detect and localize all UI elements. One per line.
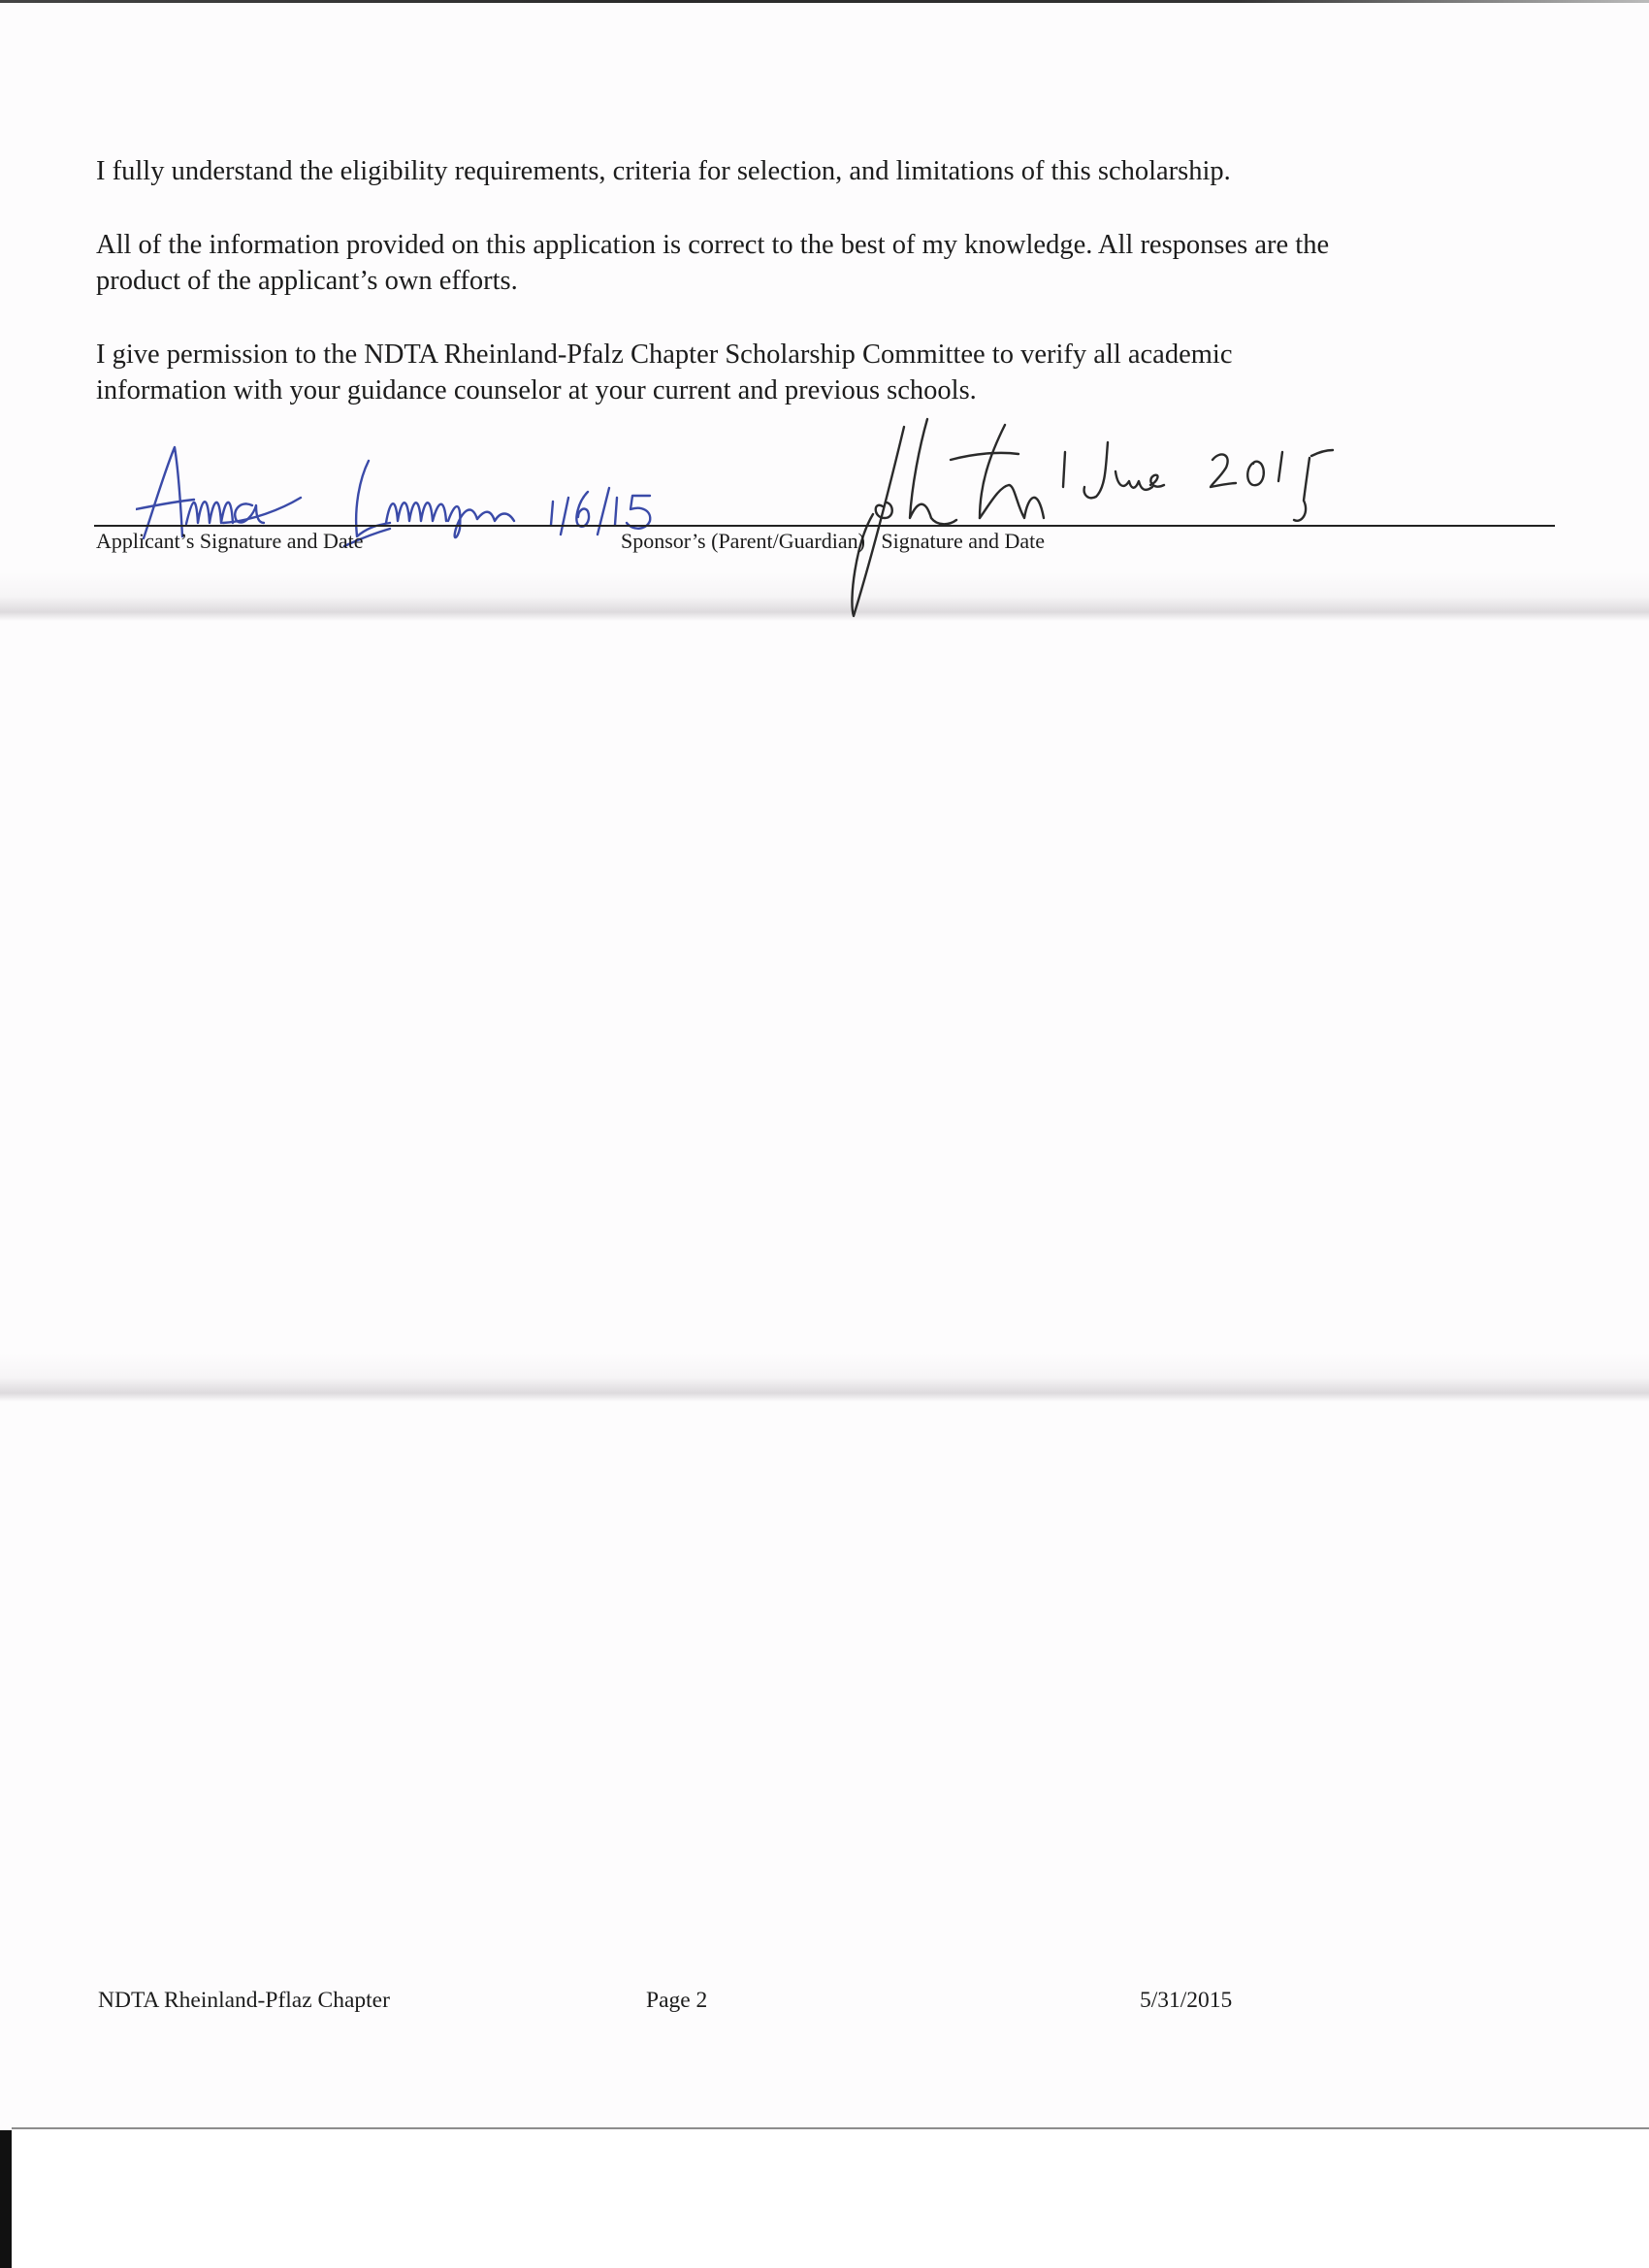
- scanned-page: [0, 0, 1649, 2130]
- paper-fold-crease: [0, 1353, 1649, 1402]
- permission-statement: I give permission to the NDTA Rheinland-…: [96, 337, 1590, 408]
- applicant-signature-label: Applicant’s Signature and Date: [96, 529, 364, 554]
- footer-organization: NDTA Rheinland-Pflaz Chapter: [98, 1987, 390, 2014]
- scanner-background: [12, 2130, 1649, 2268]
- scanner-left-edge: [0, 2130, 12, 2268]
- page-bottom-edge: [12, 2127, 1649, 2129]
- footer-page-number: Page 2: [646, 1987, 707, 2014]
- accuracy-statement: All of the information provided on this …: [96, 227, 1590, 299]
- footer-date: 5/31/2015: [1140, 1987, 1232, 2014]
- eligibility-statement: I fully understand the eligibility requi…: [96, 153, 1590, 189]
- scan-top-edge: [0, 0, 1649, 3]
- signature-line: [94, 525, 1555, 527]
- paper-fold-crease: [0, 572, 1649, 621]
- sponsor-signature-label: Sponsor’s (Parent/Guardian) Signature an…: [621, 529, 1045, 554]
